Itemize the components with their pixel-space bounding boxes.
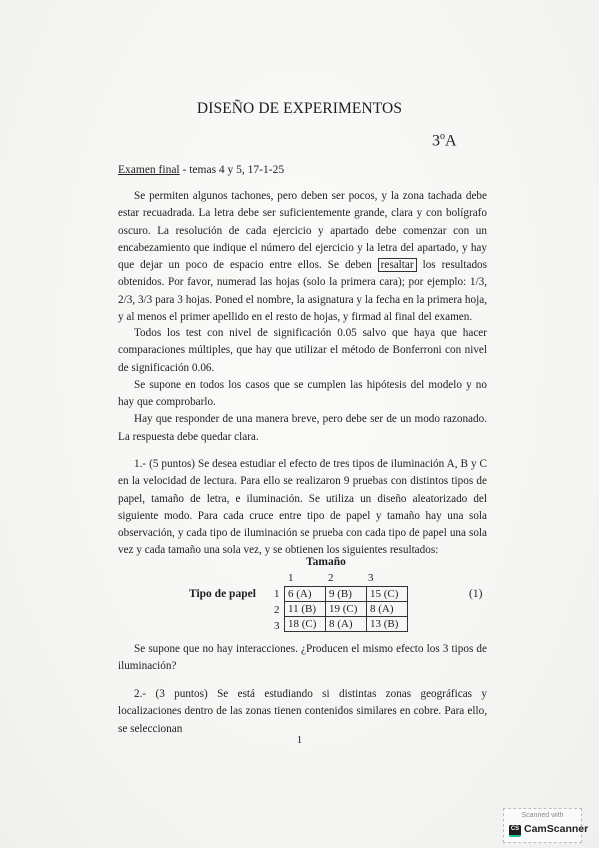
results-table: Tamaño 1 2 3 Tipo de papel 1 2 3 6 (A) 9… (187, 556, 487, 636)
camscanner-logo-icon: CS (509, 825, 521, 837)
table-cell: 8 (A) (326, 617, 367, 632)
table-cell: 19 (C) (326, 602, 367, 617)
exercise-1-text: 1.- (5 puntos) Se desea estudiar el efec… (118, 456, 487, 560)
watermark-brand: CamScanner (524, 823, 588, 835)
exercise-1-question: Se supone que no hay interacciones. ¿Pro… (118, 641, 487, 676)
question-text: Se supone que no hay interacciones. ¿Pro… (118, 641, 487, 676)
exam-type: Examen final (118, 164, 180, 176)
rules-block: Todos los test con nivel de significació… (118, 325, 487, 446)
row-header: 3 (274, 620, 280, 632)
camscanner-watermark: Scanned with CS CamScanner (503, 808, 582, 843)
table-cell: 8 (A) (367, 602, 408, 617)
course-group: 3oA (432, 131, 457, 150)
group-letter: A (445, 132, 457, 149)
instructions-paragraph-4: Hay que responder de una manera breve, p… (118, 411, 487, 446)
group-number: 3 (432, 132, 440, 149)
row-header: 1 (274, 588, 280, 600)
instructions-block: Se permiten algunos tachones, pero deben… (118, 188, 487, 326)
instructions-paragraph-3: Se supone en todos los casos que se cump… (118, 377, 487, 412)
scanned-page: DISEÑO DE EXPERIMENTOS 3oA Examen final … (0, 0, 599, 848)
table-row-title: Tipo de papel (189, 588, 256, 600)
document-title: DISEÑO DE EXPERIMENTOS (0, 100, 599, 118)
table-column-title: Tamaño (306, 556, 346, 568)
page-number: 1 (0, 734, 599, 746)
column-header: 1 (288, 572, 294, 584)
data-grid: 6 (A) 9 (B) 15 (C) 11 (B) 19 (C) 8 (A) 1… (284, 586, 408, 632)
instructions-paragraph-2: Todos los test con nivel de significació… (118, 325, 487, 377)
boxed-word: resaltar (378, 258, 417, 272)
table-cell: 9 (B) (326, 587, 367, 602)
exercise-1-statement: 1.- (5 puntos) Se desea estudiar el efec… (118, 456, 487, 560)
instructions-paragraph-1: Se permiten algunos tachones, pero deben… (118, 188, 487, 326)
table-cell: 13 (B) (367, 617, 408, 632)
exam-subtitle: Examen final - temas 4 y 5, 17-1-25 (118, 164, 284, 176)
exam-topics-date: - temas 4 y 5, 17-1-25 (180, 164, 284, 176)
table-cell: 11 (B) (285, 602, 326, 617)
table-row: 6 (A) 9 (B) 15 (C) (285, 587, 408, 602)
row-header: 2 (274, 604, 280, 616)
exercise-2-text: 2.- (3 puntos) Se está estudiando si dis… (118, 686, 487, 738)
table-row: 18 (C) 8 (A) 13 (B) (285, 617, 408, 632)
exercise-2-statement: 2.- (3 puntos) Se está estudiando si dis… (118, 686, 487, 738)
table-cell: 6 (A) (285, 587, 326, 602)
column-header: 2 (328, 572, 334, 584)
column-header: 3 (368, 572, 374, 584)
table-row: 11 (B) 19 (C) 8 (A) (285, 602, 408, 617)
equation-number: (1) (469, 588, 482, 600)
table-cell: 18 (C) (285, 617, 326, 632)
table-cell: 15 (C) (367, 587, 408, 602)
watermark-caption: Scanned with (504, 812, 581, 819)
